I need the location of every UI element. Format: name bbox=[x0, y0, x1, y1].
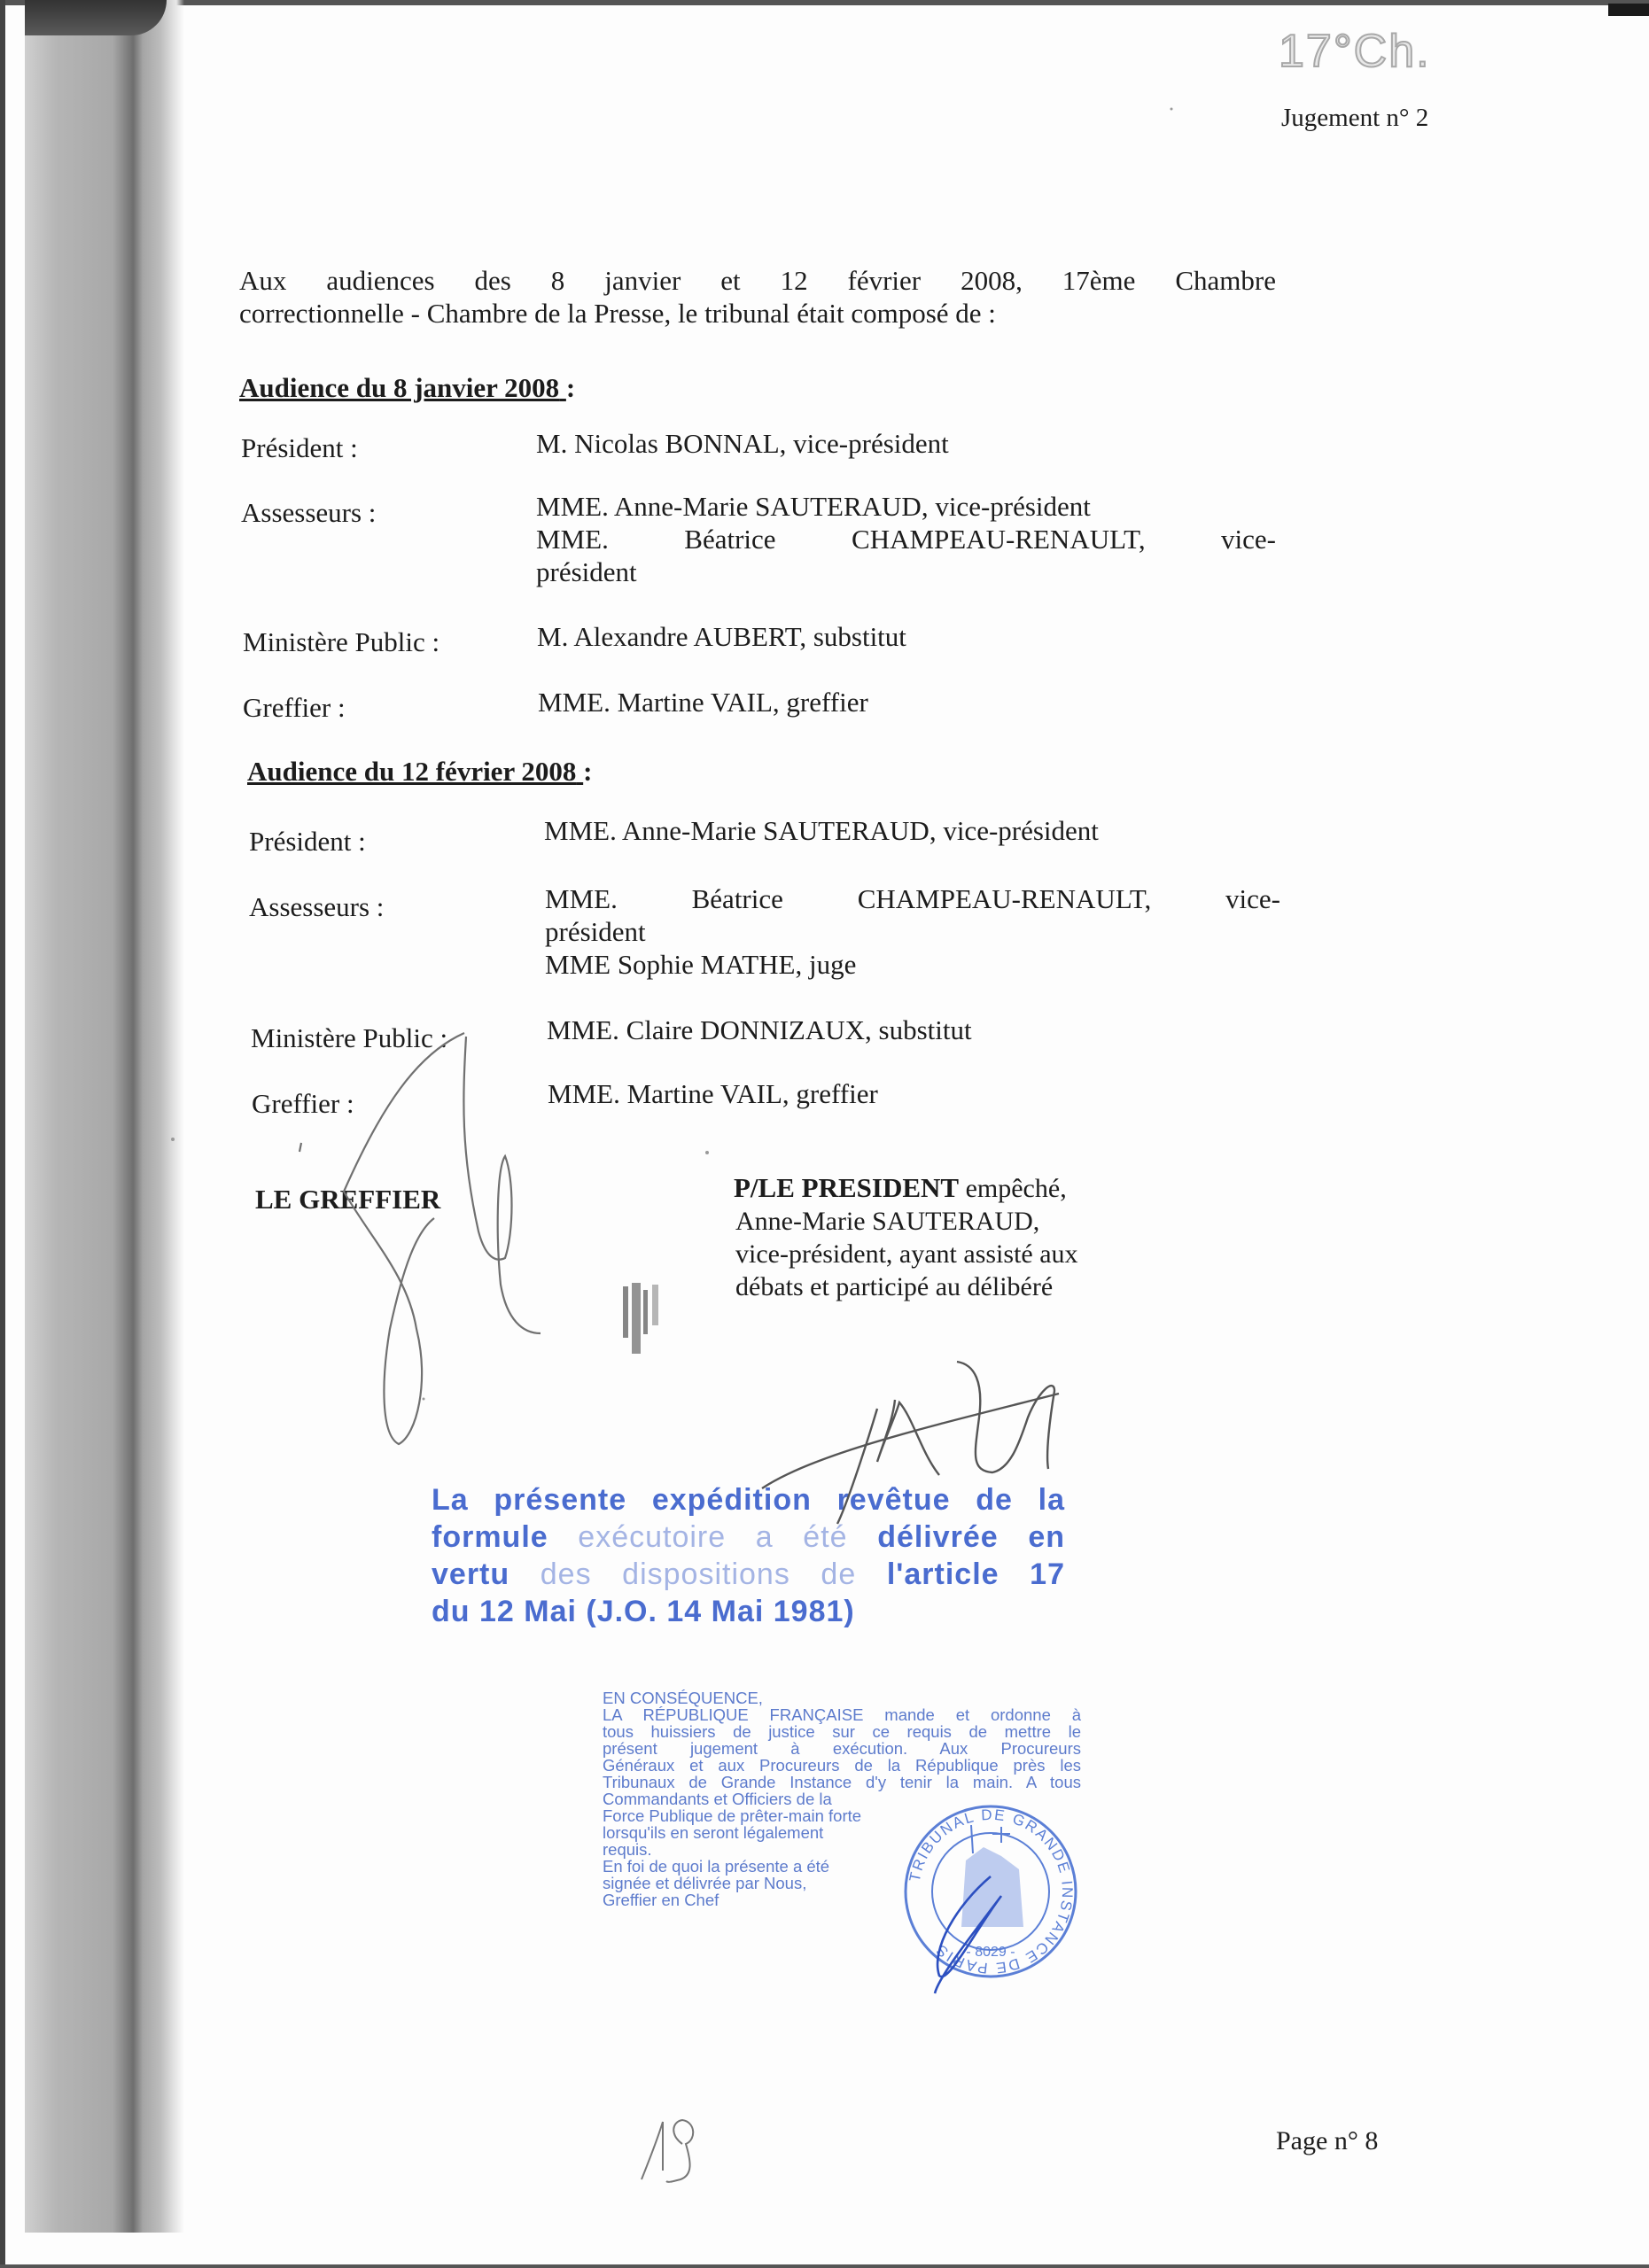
ink-overlay: TRIBUNAL DE GRANDE INSTANCE DE PARIS - 8… bbox=[0, 0, 1649, 2268]
handwritten-folio-icon bbox=[642, 2120, 693, 2182]
greffier-signature-icon bbox=[299, 1033, 541, 1444]
court-seal-icon: TRIBUNAL DE GRANDE INSTANCE DE PARIS - 8… bbox=[906, 1806, 1076, 1993]
president-signature-icon bbox=[762, 1362, 1059, 1524]
ink-smudge-icon bbox=[623, 1283, 658, 1354]
svg-text:- 8029 -: - 8029 - bbox=[966, 1945, 1015, 1960]
handwritten-folio-text: 19 bbox=[673, 2162, 674, 2163]
